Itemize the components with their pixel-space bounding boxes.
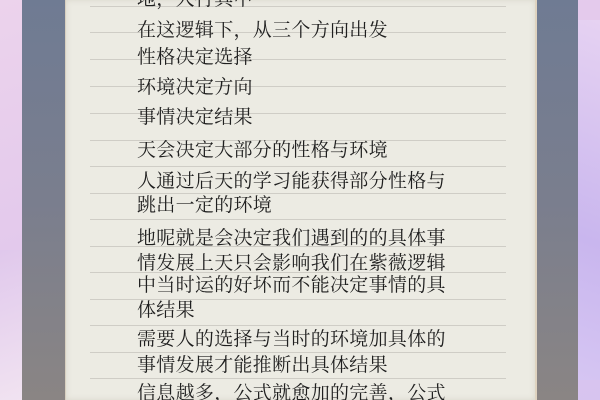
note-text-line: 信息越多，公式就愈加的完善，公式 (137, 382, 446, 400)
rule-line (90, 166, 506, 167)
rule-line (90, 219, 506, 220)
note-paper: 地，人行其中在这逻辑下，从三个方向出发性格决定选择环境决定方向事情决定结果天会决… (65, 0, 537, 400)
note-text-line: 在这逻辑下，从三个方向出发 (137, 19, 388, 41)
note-text-line: 情发展上天只会影响我们在紫薇逻辑 (137, 252, 446, 274)
note-text-line: 天会决定大部分的性格与环境 (137, 139, 388, 161)
note-text-line: 体结果 (137, 299, 195, 321)
note-text-line: 跳出一定的环境 (137, 194, 272, 216)
rule-line (90, 325, 506, 326)
note-text-line: 人通过后天的学习能获得部分性格与 (137, 170, 446, 192)
note-text-line: 环境决定方向 (137, 76, 253, 98)
background-shape-left (0, 250, 24, 400)
note-text-line: 事情发展才能推断出具体结果 (137, 354, 388, 376)
rule-line (90, 352, 506, 353)
note-text-line: 性格决定选择 (137, 46, 253, 68)
note-text-line: 地呢就是会决定我们遇到的的具体事 (137, 227, 446, 249)
rule-line (90, 378, 506, 379)
note-text-line: 地，人行其中 (137, 0, 253, 10)
notebook-frame: 地，人行其中在这逻辑下，从三个方向出发性格决定选择环境决定方向事情决定结果天会决… (22, 0, 578, 400)
note-text-line: 需要人的选择与当时的环境加具体的 (137, 328, 446, 350)
note-text-line: 中当时运的好坏而不能决定事情的具 (137, 274, 446, 296)
note-text-line: 事情决定结果 (137, 106, 253, 128)
